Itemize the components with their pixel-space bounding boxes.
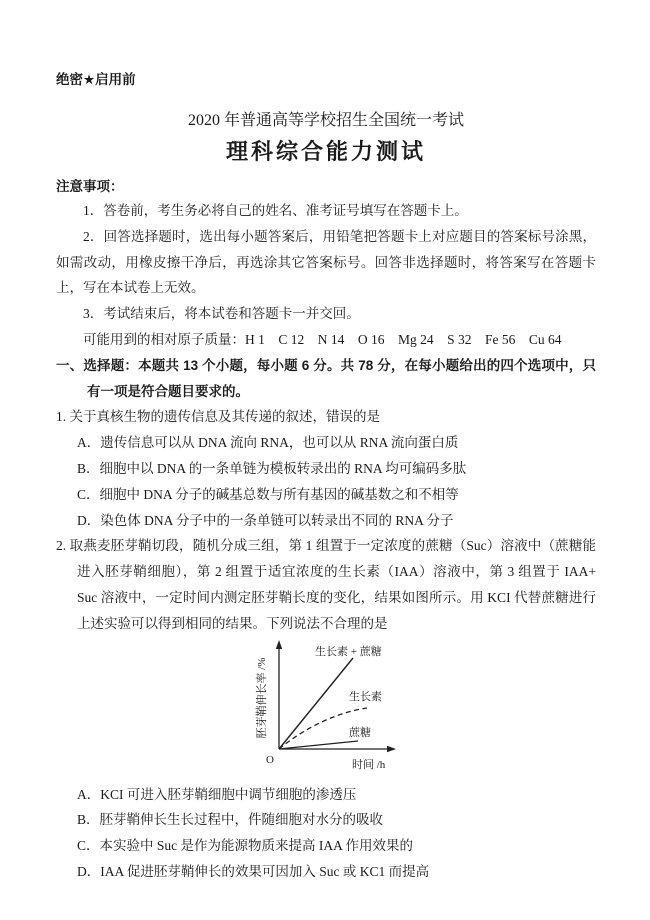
x-axis-label: 时间 /h <box>352 757 386 771</box>
question-1-option-b: B．细胞中以 DNA 的一条单链为模板转录出的 RNA 均可编码多肽 <box>56 456 596 482</box>
question-2-option-c: C．本实验中 Suc 是作为能源物质来提高 IAA 作用效果的 <box>56 833 596 859</box>
y-axis-label: 胚芽鞘伸长率 /% <box>254 657 268 738</box>
curve-sucrose <box>279 741 358 749</box>
notice-item-2: 2．回答选择题时，选出每小题答案后，用铅笔把答题卡上对应题目的答案标号涂黑，如需… <box>56 224 596 301</box>
question-1-option-d: D．染色体 DNA 分子中的一条单链可以转录出不同的 RNA 分子 <box>56 508 596 534</box>
question-1-stem: 1. 关于真核生物的遗传信息及其传递的叙述，错误的是 <box>56 404 596 430</box>
paper-body: 1．答卷前，考生务必将自己的姓名、准考证号填写在答题卡上。 2．回答选择题时，选… <box>56 198 596 885</box>
question-1-option-a: A．遗传信息可以从 DNA 流向 RNA，也可以从 RNA 流向蛋白质 <box>56 430 596 456</box>
classification-banner: 绝密★启用前 <box>56 70 596 90</box>
notice-item-1: 1．答卷前，考生务必将自己的姓名、准考证号填写在答题卡上。 <box>56 198 596 224</box>
question-1-option-c: C．细胞中 DNA 分子的碱基总数与所有基因的碱基数之和不相等 <box>56 482 596 508</box>
question-2-option-b: B．胚芽鞘伸长生长过程中，件随细胞对水分的吸收 <box>56 807 596 833</box>
question-2-option-d: D．IAA 促进胚芽鞘伸长的效果可因加入 Suc 或 KC1 而提高 <box>56 859 596 885</box>
x-axis-arrow-icon <box>387 745 396 751</box>
notice-heading: 注意事项： <box>56 176 596 198</box>
curve-iaa-plus-sucrose <box>279 658 353 749</box>
y-axis-arrow-icon <box>276 640 282 649</box>
subject-title: 理科综合能力测试 <box>56 134 596 170</box>
origin-label: O <box>266 754 274 766</box>
question-2-chart: 生长素 + 蔗糖 生长素 蔗糖 O 时间 /h 胚芽鞘伸长率 /% <box>249 637 424 782</box>
section-heading-multiple-choice: 一、选择题：本题共 13 个小题，每小题 6 分。共 78 分，在每小题给出的四… <box>56 353 596 405</box>
notice-item-3: 3．考试结束后，将本试卷和答题卡一并交回。 <box>56 301 596 327</box>
label-iaa-plus-sucrose: 生长素 + 蔗糖 <box>315 644 382 658</box>
label-iaa: 生长素 <box>349 689 382 703</box>
exam-paper-page: 绝密★启用前 2020 年普通高等学校招生全国统一考试 理科综合能力测试 注意事… <box>0 0 650 920</box>
exam-title: 2020 年普通高等学校招生全国统一考试 <box>56 108 596 134</box>
atomic-mass-line: 可能用到的相对原子质量：H 1 C 12 N 14 O 16 Mg 24 S 3… <box>56 327 596 353</box>
label-sucrose: 蔗糖 <box>349 725 371 739</box>
question-2-option-a: A．KCI 可进入胚芽鞘细胞中调节细胞的渗透压 <box>56 782 596 808</box>
question-2-stem: 2. 取燕麦胚芽鞘切段，随机分成三组，第 1 组置于一定浓度的蔗糖（Suc）溶液… <box>56 533 596 636</box>
elongation-vs-time-chart: 生长素 + 蔗糖 生长素 蔗糖 O 时间 /h 胚芽鞘伸长率 /% <box>249 637 424 782</box>
